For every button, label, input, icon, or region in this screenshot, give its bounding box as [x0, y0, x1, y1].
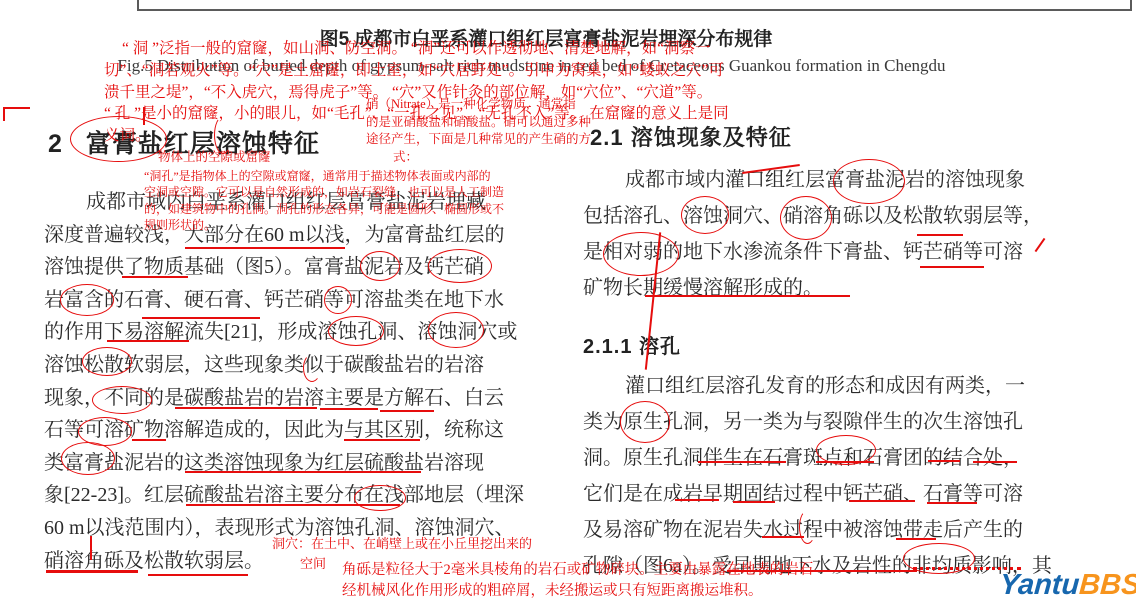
note-line: 角砾是粒径大于2毫米具棱角的岩石或矿物碎块。主要由暴露在地表的岩石	[342, 560, 813, 581]
note-line: 途径产生，下面是几种常见的产生硝的方	[366, 131, 591, 149]
text-line: 象[22-23]。红层硫酸盐岩溶主要分布在浅部地层（埋深	[44, 479, 504, 512]
handwritten-note-dongkong: “洞孔”是指物体上的空隙或窟窿，通常用于描述物体表面或内部的 空洞或空隙。它可以…	[144, 168, 504, 234]
note-line: “洞孔”是指物体上的空隙或窟窿，通常用于描述物体表面或内部的	[144, 168, 504, 184]
text-line: 灌口组红层溶孔发育的形态和成因有两类，一	[583, 368, 1053, 404]
text-line: 类为原生孔洞，另一类为与裂隙伴生的次生溶蚀孔	[583, 404, 1053, 440]
note-line: 空洞或空隙。它可以是自然形成的，如岩石裂缝，也可以是人工制造	[144, 184, 504, 200]
annotation-mark-vline	[3, 107, 5, 121]
text-line: 类富膏盐泥岩的这类溶蚀现象为红层硫酸盐岩溶现	[44, 447, 504, 480]
text-line: 包括溶孔、溶蚀洞穴、硝溶角砾以及松散软弱层等，	[583, 198, 1053, 234]
text-line: 岩富含的石膏、硬石膏、钙芒硝等可溶盐类在地下水	[44, 284, 504, 317]
text-line: 矿物长期缓慢溶解形成的。	[583, 270, 1053, 306]
note-line: 洞穴：在土中、在峭壁上或在小丘里挖出来的	[272, 534, 532, 554]
text-line: 它们是在成岩早期固结过程中钙芒硝、石膏等可溶	[583, 476, 1053, 512]
section-2-1-1-heading: 2.1.1 溶孔	[583, 330, 681, 359]
text-line: 及易溶矿物在泥岩失水过程中被溶蚀带走后产生的	[583, 512, 1053, 548]
text-line: 现象，不同的是碳酸盐岩的岩溶主要是方解石、白云	[44, 382, 504, 415]
text-line: 洞。原生孔洞伴生在石膏斑点和石膏团的结合处，	[583, 440, 1053, 476]
note-line: “ 洞 ”泛指一般的窟窿，如山洞、防空洞。 “洞”还可以作透彻地、清楚地解，如“…	[104, 38, 729, 60]
note-line: 切”、“洞若观火”等。“穴”是土窟窿，即土室，如“穴居野处”。引申为窝巢，如“蝼…	[104, 60, 729, 82]
note-line: 硝（Nitrate）是一种化学物质，通常指	[366, 96, 591, 114]
text-line: 溶蚀松散软弱层，这些现象类似于碳酸盐岩的岩溶	[44, 349, 504, 382]
annotation-mark-line	[4, 107, 30, 109]
note-line: 规则形状的。	[144, 217, 504, 233]
text-line: 石等可溶矿物溶解造成的，因此为与其区别，统称这	[44, 414, 504, 447]
yantubbs-watermark: YantuBBS岩土在线	[999, 563, 1136, 602]
note-line: 式：	[366, 149, 591, 167]
handwritten-note-jiaoli: 角砾是粒径大于2毫米具棱角的岩石或矿物碎块。主要由暴露在地表的岩石 经机械风化作…	[342, 560, 813, 601]
paper-page: 图5 成都市白垩系灌口组红层富膏盐泥岩埋深分布规律 Fig.5 Distribu…	[0, 0, 1136, 614]
text-line: 成都市域内灌口组红层富膏盐泥岩的溶蚀现象	[583, 162, 1053, 198]
text-line: 的作用下易溶解流失[21]，形成溶蚀孔洞、溶蚀洞穴或	[44, 316, 504, 349]
section-2-number: 2	[48, 130, 62, 158]
note-line: 的，如建筑物中的孔洞。洞孔的形态各异，可能是圆形、椭圆形或不	[144, 201, 504, 217]
handwritten-note-pore: 物体上的空隙或窟窿	[158, 150, 271, 165]
right-column-paragraph-2: 灌口组红层溶孔发育的形态和成因有两类，一 类为原生孔洞，另一类为与裂隙伴生的次生…	[583, 368, 1053, 584]
figure5-plot-frame	[137, 0, 1132, 11]
note-line: 的是亚硝酸盐和硝酸盐。硝可以通过多种	[366, 114, 591, 132]
watermark-bbs: BBS	[1078, 569, 1136, 601]
left-column-paragraph: 成都市域内白垩系灌口组红层富膏盐泥岩埋藏 深度普遍较浅，大部分在60 m以浅，为…	[44, 186, 504, 577]
watermark-yantu: Yantu	[999, 569, 1081, 601]
text-line: 溶蚀提供了物质基础（图5）。富膏盐泥岩及钙芒硝	[44, 251, 504, 284]
handwritten-note-nitrate: 硝（Nitrate）是一种化学物质，通常指 的是亚硝酸盐和硝酸盐。硝可以通过多种…	[366, 96, 591, 166]
note-line: 经机械风化作用形成的粗碎屑，未经搬运或只有短距离搬运堆积。	[342, 581, 813, 602]
right-column-paragraph-1: 成都市域内灌口组红层富膏盐泥岩的溶蚀现象 包括溶孔、溶蚀洞穴、硝溶角砾以及松散软…	[583, 162, 1053, 306]
text-line: 是相对弱的地下水渗流条件下膏盐、钙芒硝等可溶	[583, 234, 1053, 270]
